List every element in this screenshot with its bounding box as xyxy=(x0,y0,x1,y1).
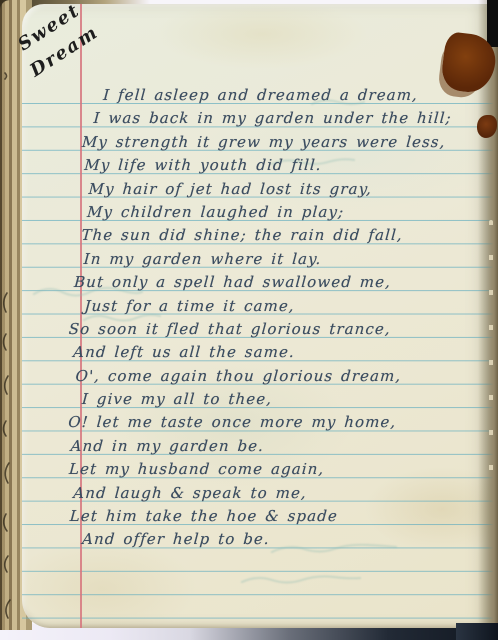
poem-line: I fell asleep and dreamed a dream, xyxy=(102,84,477,107)
poem-line: In my garden where it lay. xyxy=(83,248,466,271)
poem-line: O', come again thou glorious dream, xyxy=(75,365,458,388)
poem-text: I fell asleep and dreamed a dream, I was… xyxy=(63,84,477,552)
poem-line: My children laughed in play; xyxy=(86,201,469,224)
poem-line: So soon it fled that glorious trance, xyxy=(68,318,461,341)
poem-line: And laugh & speak to me, xyxy=(73,482,450,505)
notebook-photo: Sweet Dream I fell asleep and dreamed a … xyxy=(0,0,498,640)
poem-line: And offer help to be. xyxy=(81,528,446,551)
poem-line: I was back in my garden under the hill; xyxy=(93,107,476,130)
notebook-page: Sweet Dream I fell asleep and dreamed a … xyxy=(22,4,495,628)
poem-line: My hair of jet had lost its gray, xyxy=(88,178,471,201)
poem-line: The sun did shine; the rain did fall, xyxy=(81,224,468,247)
poem-line: Let him take the hoe & spade xyxy=(69,505,448,528)
poem-line: O! let me taste once more my home, xyxy=(67,411,454,434)
spine-shadow-bottom xyxy=(456,623,498,640)
poem-line: And in my garden be. xyxy=(70,435,453,458)
poem-line: My life with youth did fill. xyxy=(83,154,472,177)
poem-line: And left us all the same. xyxy=(72,341,459,364)
page-gutter xyxy=(478,0,498,628)
poem-line: I give my all to thee, xyxy=(81,388,456,411)
poem-line: Let my husband come again, xyxy=(68,458,451,481)
poem-line: But only a spell had swallowed me, xyxy=(73,271,464,294)
poem-line: Just for a time it came, xyxy=(84,295,463,318)
spine-shadow-top xyxy=(487,0,498,47)
spine-stitching xyxy=(489,220,493,500)
poem-line: My strength it grew my years were less, xyxy=(81,131,474,154)
